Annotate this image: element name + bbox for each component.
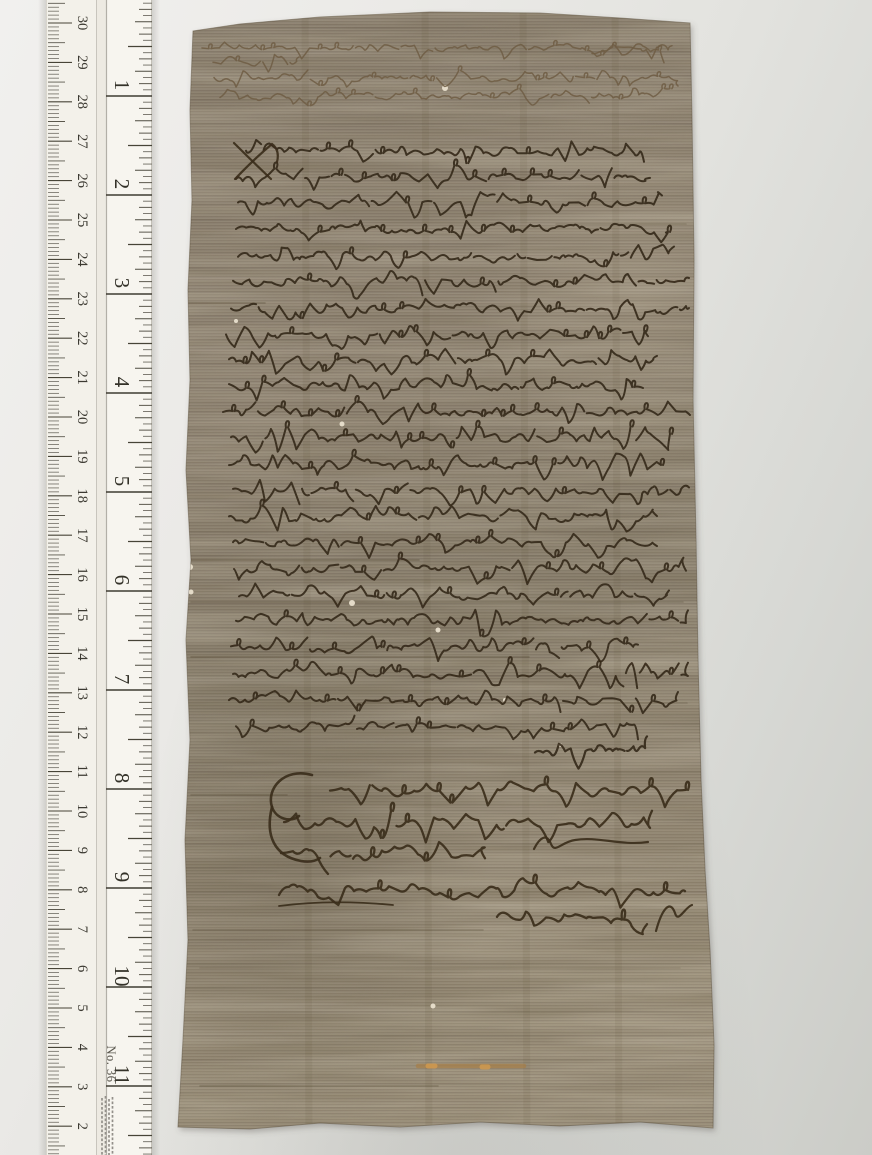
crease bbox=[305, 0, 309, 1155]
cm-number: 24 bbox=[74, 252, 90, 267]
cm-number: 28 bbox=[74, 95, 90, 110]
papyrus-dark-patch bbox=[110, 610, 490, 1150]
cm-number: 30 bbox=[74, 16, 90, 31]
cm-number: 22 bbox=[74, 331, 90, 346]
cm-number: 26 bbox=[74, 173, 90, 188]
papyrus-sheet bbox=[110, 0, 800, 1155]
ruler-seam-band bbox=[96, 0, 106, 1155]
cm-number: 9 bbox=[74, 847, 90, 854]
damage-fleck bbox=[349, 600, 355, 606]
inch-number: 1 bbox=[110, 80, 134, 91]
inch-number: 6 bbox=[110, 575, 134, 586]
inch-number: 8 bbox=[110, 773, 134, 784]
cm-number: 4 bbox=[74, 1044, 90, 1052]
ruler-model-label: No. 36 bbox=[104, 1045, 118, 1082]
cm-number: 20 bbox=[74, 410, 90, 425]
inch-number: 4 bbox=[110, 377, 134, 388]
ruler: 3029282726252423222120191817161514131211… bbox=[38, 0, 160, 1155]
ruler-right-shadow bbox=[152, 0, 160, 1155]
damage-fleck bbox=[340, 422, 345, 427]
inch-number: 3 bbox=[110, 278, 134, 289]
cm-number: 12 bbox=[74, 725, 90, 740]
cm-number: 27 bbox=[74, 134, 90, 149]
cm-number: 8 bbox=[74, 886, 90, 893]
cm-number: 2 bbox=[74, 1123, 90, 1130]
scene-svg: 3029282726252423222120191817161514131211… bbox=[0, 0, 872, 1155]
cm-number: 25 bbox=[74, 213, 90, 228]
inch-number: 5 bbox=[110, 476, 134, 487]
damage-fleck bbox=[431, 1004, 436, 1009]
cm-number: 17 bbox=[74, 528, 90, 543]
ruler-left-shadow bbox=[38, 0, 46, 1155]
cm-number: 21 bbox=[74, 370, 90, 385]
cm-number: 18 bbox=[74, 489, 90, 504]
cm-number: 3 bbox=[74, 1083, 90, 1090]
cm-number: 15 bbox=[74, 607, 90, 622]
cm-number: 10 bbox=[74, 804, 90, 819]
damage-fleck bbox=[189, 590, 194, 595]
crease bbox=[615, 0, 619, 1155]
inch-number: 10 bbox=[110, 966, 134, 987]
cm-number: 14 bbox=[74, 646, 90, 661]
damage-fleck bbox=[436, 628, 441, 633]
inch-number: 7 bbox=[110, 674, 134, 685]
damage-fleck bbox=[234, 319, 238, 323]
cm-number: 16 bbox=[74, 567, 90, 582]
crease bbox=[425, 0, 429, 1155]
cm-number: 7 bbox=[74, 926, 90, 933]
cm-number: 11 bbox=[74, 765, 90, 779]
inch-number: 2 bbox=[110, 179, 134, 190]
inch-number: 9 bbox=[110, 872, 134, 883]
cm-number: 5 bbox=[74, 1004, 90, 1011]
cm-number: 13 bbox=[74, 686, 90, 701]
cm-number: 23 bbox=[74, 292, 90, 307]
photo-of-papyrus-and-ruler: 3029282726252423222120191817161514131211… bbox=[0, 0, 872, 1155]
cm-number: 29 bbox=[74, 55, 90, 70]
cm-number: 19 bbox=[74, 449, 90, 464]
cm-number: 6 bbox=[74, 965, 90, 972]
